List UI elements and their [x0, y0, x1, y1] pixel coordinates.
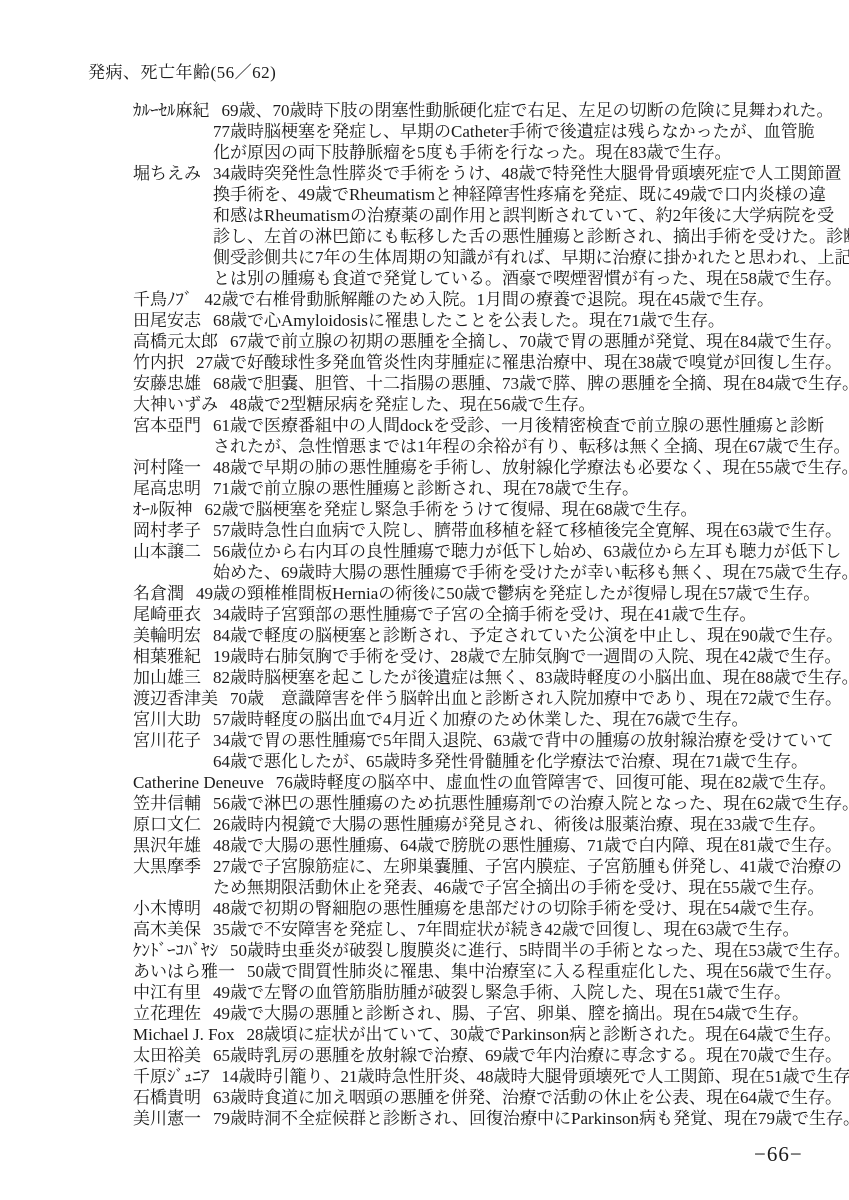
- document-page: { "page": { "header_title": "発病、死亡年齢(56／…: [0, 0, 849, 1200]
- entry-text: 27歳で子宮腺筋症に、左卵巣嚢腫、子宮内膜症、子宮筋腫も併発し、41歳で治療の: [213, 857, 842, 876]
- entry: 高橋元太郎67歳で前立腺の初期の悪腫を全摘し、70歳で胃の悪腫が発覚、現在84歳…: [133, 331, 839, 352]
- entry-line: 山本譲二56歳位から右内耳の良性腫瘍で聴力が低下し始め、63歳位から左耳も聴力が…: [133, 541, 839, 562]
- entry: ｵｰﾙ阪神62歳で脳梗塞を発症し緊急手術をうけて復帰、現在68歳で生存。: [133, 499, 839, 520]
- entry-name: 原口文仁: [133, 815, 201, 834]
- entry-name: 大神いずみ: [133, 395, 218, 414]
- entry-text: 69歳、70歳時下肢の閉塞性動脈硬化症で右足、左足の切断の危険に見舞われた。: [222, 101, 834, 120]
- entry-line: 宮本亞門61歳で医療番組中の人間dockを受診、一月後精密検査で前立腺の悪性腫瘍…: [133, 415, 839, 436]
- entry-text: 42歳で右椎骨動脈解離のため入院。1月間の療養で退院。現在45歳で生存。: [205, 290, 775, 309]
- entry-line: 高木美保35歳で不安障害を発症し、7年間症状が続き42歳で回復し、現在63歳で生…: [133, 919, 839, 940]
- entry-text: 76歳時軽度の脳卒中、虚血性の血管障害で、回復可能、現在82歳で生存。: [276, 773, 837, 792]
- entry-line: Catherine Deneuve76歳時軽度の脳卒中、虚血性の血管障害で、回復…: [133, 772, 839, 793]
- entry-text: 61歳で医療番組中の人間dockを受診、一月後精密検査で前立腺の悪性腫瘍と診断: [213, 416, 824, 435]
- entry-line: 立花理佐49歳で大腸の悪腫と診断され、腸、子宮、卵巣、膣を摘出。現在54歳で生存…: [133, 1003, 839, 1024]
- entry: 石橋貴明63歳時食道に加え咽頭の悪腫を併発、治療で活動の休止を公表、現在64歳で…: [133, 1087, 839, 1108]
- entry-name: 安藤忠雄: [133, 374, 201, 393]
- entry-line: ｹﾝﾄﾞｰｺﾊﾞﾔｼ50歳時虫垂炎が破裂し腹膜炎に進行、5時間半の手術となった、…: [133, 940, 839, 961]
- entry-line: 竹内択27歳で好酸球性多発血管炎性肉芽腫症に罹患治療中、現在38歳で嗅覚が回復し…: [133, 352, 839, 373]
- entry-line: 石橋貴明63歳時食道に加え咽頭の悪腫を併発、治療で活動の休止を公表、現在64歳で…: [133, 1087, 839, 1108]
- entry-text: 48歳で大腸の悪性腫瘍、64歳で膀胱の悪性腫瘍、71歳で白内障、現在81歳で生存…: [213, 836, 842, 855]
- entry: 尾崎亜衣34歳時子宮頸部の悪性腫瘍で子宮の全摘手術を受け、現在41歳で生存。: [133, 604, 839, 625]
- entry-text: 49歳で大腸の悪腫と診断され、腸、子宮、卵巣、膣を摘出。現在54歳で生存。: [213, 1004, 809, 1023]
- entry-line: 小木博明48歳で初期の腎細胞の悪性腫瘍を患部だけの切除手術を受け、現在54歳で生…: [133, 898, 839, 919]
- entry-line: 大神いずみ48歳で2型糖尿病を発症した、現在56歳で生存。: [133, 394, 839, 415]
- entry-line: 岡村孝子57歳時急性白血病で入院し、臍帯血移植を経て移植後完全寛解、現在63歳で…: [133, 520, 839, 541]
- entry-name: 美川憲一: [133, 1109, 201, 1128]
- entry-text: 65歳時乳房の悪腫を放射線で治療、69歳で年内治療に専念する。現在70歳で生存。: [213, 1046, 842, 1065]
- entry-name: 渡辺香津美: [133, 689, 218, 708]
- entry-text: 71歳で前立腺の悪性腫瘍と診断され、現在78歳で生存。: [213, 479, 639, 498]
- entry-line: されたが、急性憎悪までは1年程の余裕が有り、転移は無く全摘、現在67歳で生存。: [133, 436, 839, 457]
- entry-text: 62歳で脳梗塞を発症し緊急手術をうけて復帰、現在68歳で生存。: [205, 500, 698, 519]
- entry-line: 尾高忠明71歳で前立腺の悪性腫瘍と診断され、現在78歳で生存。: [133, 478, 839, 499]
- entry-name: 田尾安志: [133, 311, 201, 330]
- entry-name: 河村隆一: [133, 458, 201, 477]
- entry-line: 名倉潤49歳の頸椎椎間板Herniaの術後に50歳で鬱病を発症したが復帰し現在5…: [133, 583, 839, 604]
- entry-line: 田尾安志68歳で心Amyloidosisに罹患したことを公表した。現在71歳で生…: [133, 310, 839, 331]
- entry-line: 側受診側共に7年の生体周期の知識が有れば、早期に治療に掛かれたと思われ、上記: [133, 247, 839, 268]
- entry-name: 黒沢年雄: [133, 836, 201, 855]
- entry-text: 68歳で心Amyloidosisに罹患したことを公表した。現在71歳で生存。: [213, 311, 725, 330]
- entry-line: 始めた、69歳時大腸の悪性腫瘍で手術を受けたが幸い転移も無く、現在75歳で生存。: [133, 562, 839, 583]
- entry-name: 相葉雅紀: [133, 647, 201, 666]
- entry: 中江有里49歳で左腎の血管筋脂肪腫が破裂し緊急手術、入院した、現在51歳で生存。: [133, 982, 839, 1003]
- entry-name: 堀ちえみ: [133, 164, 201, 183]
- entry-line: 中江有里49歳で左腎の血管筋脂肪腫が破裂し緊急手術、入院した、現在51歳で生存。: [133, 982, 839, 1003]
- entry-name: 竹内択: [133, 353, 184, 372]
- entry-name: 加山雄三: [133, 668, 201, 687]
- entry: 立花理佐49歳で大腸の悪腫と診断され、腸、子宮、卵巣、膣を摘出。現在54歳で生存…: [133, 1003, 839, 1024]
- entry-line: 黒沢年雄48歳で大腸の悪性腫瘍、64歳で膀胱の悪性腫瘍、71歳で白内障、現在81…: [133, 835, 839, 856]
- entry-text: 48歳で早期の肺の悪性腫瘍を手術し、放射線化学療法も必要なく、現在55歳で生存。: [213, 458, 849, 477]
- entry-name: 千鳥ﾉﾌﾞ: [133, 290, 193, 309]
- entry-name: 美輪明宏: [133, 626, 201, 645]
- entry-line: 64歳で悪化したが、65歳時多発性骨髄腫を化学療法で治療、現在71歳で生存。: [133, 751, 839, 772]
- entry: 竹内択27歳で好酸球性多発血管炎性肉芽腫症に罹患治療中、現在38歳で嗅覚が回復し…: [133, 352, 839, 373]
- entry-name: 笠井信輔: [133, 794, 201, 813]
- entry-name: 尾高忠明: [133, 479, 201, 498]
- entry-text: 50歳時虫垂炎が破裂し腹膜炎に進行、5時間半の手術となった、現在53歳で生存。: [230, 941, 849, 960]
- entry-text: 34歳時子宮頸部の悪性腫瘍で子宮の全摘手術を受け、現在41歳で生存。: [213, 605, 756, 624]
- entry: 岡村孝子57歳時急性白血病で入院し、臍帯血移植を経て移植後完全寛解、現在63歳で…: [133, 520, 839, 541]
- entry-text: 14歳時引籠り、21歳時急性肝炎、48歳時大腿骨頭壊死で人工関節、現在51歳で生…: [222, 1067, 849, 1086]
- page-number: −66−: [754, 1142, 803, 1167]
- entry-line: 77歳時脳梗塞を発症し、早期のCatheter手術で後遺症は残らなかったが、血管…: [133, 121, 839, 142]
- entry-name: 中江有里: [133, 983, 201, 1002]
- entry-name: 名倉潤: [133, 584, 184, 603]
- entry-text: 56歳で淋巴の悪性腫瘍のため抗悪性腫瘍剤での治療入院となった、現在62歳で生存。: [213, 794, 849, 813]
- entry: 宮川大助57歳時軽度の脳出血で4月近く加療のため休業した、現在76歳で生存。: [133, 709, 839, 730]
- entry-line: 安藤忠雄68歳で胆嚢、胆管、十二指腸の悪腫、73歳で膵、脾の悪腫を全摘、現在84…: [133, 373, 839, 394]
- entry-text: 57歳時軽度の脳出血で4月近く加療のため休業した、現在76歳で生存。: [213, 710, 749, 729]
- entry-name: 宮川花子: [133, 731, 201, 750]
- entry-text: 49歳の頸椎椎間板Herniaの術後に50歳で鬱病を発症したが復帰し現在57歳で…: [196, 584, 820, 603]
- entry: 渡辺香津美70歳 意識障害を伴う脳幹出血と診断され入院加療中であり、現在72歳で…: [133, 688, 839, 709]
- entry-line: 換手術を、49歳でRheumatismと神経障害性疼痛を発症、既に49歳で口内炎…: [133, 184, 839, 205]
- entry-text: 50歳で間質性肺炎に罹患、集中治療室に入る程重症化した、現在56歳で生存。: [247, 962, 842, 981]
- entry-name: 岡村孝子: [133, 521, 201, 540]
- entry: 加山雄三82歳時脳梗塞を起こしたが後遺症は無く、83歳時軽度の小脳出血、現在88…: [133, 667, 839, 688]
- entry-name: 高橋元太郎: [133, 332, 218, 351]
- entry-text: 63歳時食道に加え咽頭の悪腫を併発、治療で活動の休止を公表、現在64歳で生存。: [213, 1088, 842, 1107]
- entry: Michael J. Fox28歳頃に症状が出ていて、30歳でParkinson…: [133, 1024, 839, 1045]
- entry-line: 太田裕美65歳時乳房の悪腫を放射線で治療、69歳で年内治療に専念する。現在70歳…: [133, 1045, 839, 1066]
- entry-line: ｶﾙｰｾﾙ麻紀69歳、70歳時下肢の閉塞性動脈硬化症で右足、左足の切断の危険に見…: [133, 100, 839, 121]
- entry: ｶﾙｰｾﾙ麻紀69歳、70歳時下肢の閉塞性動脈硬化症で右足、左足の切断の危険に見…: [133, 100, 839, 163]
- entry-line: 美川憲一79歳時洞不全症候群と診断され、回復治療中にParkinson病も発覚、…: [133, 1108, 839, 1129]
- entry-line: 笠井信輔56歳で淋巴の悪性腫瘍のため抗悪性腫瘍剤での治療入院となった、現在62歳…: [133, 793, 839, 814]
- entry-name: 太田裕美: [133, 1046, 201, 1065]
- entry-line: Michael J. Fox28歳頃に症状が出ていて、30歳でParkinson…: [133, 1024, 839, 1045]
- entry: 山本譲二56歳位から右内耳の良性腫瘍で聴力が低下し始め、63歳位から左耳も聴力が…: [133, 541, 839, 583]
- entry-line: 加山雄三82歳時脳梗塞を起こしたが後遺症は無く、83歳時軽度の小脳出血、現在88…: [133, 667, 839, 688]
- entry-text: 84歳で軽度の脳梗塞と診断され、予定されていた公演を中止し、現在90歳で生存。: [213, 626, 843, 645]
- entry-name: Catherine Deneuve: [133, 773, 264, 792]
- entry-text: 48歳で初期の腎細胞の悪性腫瘍を患部だけの切除手術を受け、現在54歳で生存。: [213, 899, 824, 918]
- entry-name: 千原ｼﾞｭﾆｱ: [133, 1067, 210, 1086]
- entry: 美輪明宏84歳で軽度の脳梗塞と診断され、予定されていた公演を中止し、現在90歳で…: [133, 625, 839, 646]
- entry-name: Michael J. Fox: [133, 1025, 235, 1044]
- entry: 大黒摩季27歳で子宮腺筋症に、左卵巣嚢腫、子宮内膜症、子宮筋腫も併発し、41歳で…: [133, 856, 839, 898]
- entry-line: 宮川大助57歳時軽度の脳出血で4月近く加療のため休業した、現在76歳で生存。: [133, 709, 839, 730]
- entry: 田尾安志68歳で心Amyloidosisに罹患したことを公表した。現在71歳で生…: [133, 310, 839, 331]
- entry-line: 千鳥ﾉﾌﾞ42歳で右椎骨動脈解離のため入院。1月間の療養で退院。現在45歳で生存…: [133, 289, 839, 310]
- entry-line: 和感はRheumatismの治療薬の副作用と誤判断されていて、約2年後に大学病院…: [133, 205, 839, 226]
- entry-text: 49歳で左腎の血管筋脂肪腫が破裂し緊急手術、入院した、現在51歳で生存。: [213, 983, 791, 1002]
- entry-line: 診し、左首の淋巴節にも転移した舌の悪性腫瘍と診断され、摘出手術を受けた。診断: [133, 226, 839, 247]
- entry-text: 27歳で好酸球性多発血管炎性肉芽腫症に罹患治療中、現在38歳で嗅覚が回復し生存。: [196, 353, 842, 372]
- entry: あいはら雅一50歳で間質性肺炎に罹患、集中治療室に入る程重症化した、現在56歳で…: [133, 961, 839, 982]
- entry: 相葉雅紀19歳時右肺気胸で手術を受け、28歳で左肺気胸で一週間の入院、現在42歳…: [133, 646, 839, 667]
- entry-line: 高橋元太郎67歳で前立腺の初期の悪腫を全摘し、70歳で胃の悪腫が発覚、現在84歳…: [133, 331, 839, 352]
- entry: 太田裕美65歳時乳房の悪腫を放射線で治療、69歳で年内治療に専念する。現在70歳…: [133, 1045, 839, 1066]
- entry-line: ｵｰﾙ阪神62歳で脳梗塞を発症し緊急手術をうけて復帰、現在68歳で生存。: [133, 499, 839, 520]
- entry-line: 尾崎亜衣34歳時子宮頸部の悪性腫瘍で子宮の全摘手術を受け、現在41歳で生存。: [133, 604, 839, 625]
- entry-line: 宮川花子34歳で胃の悪性腫瘍で5年間入退院、63歳で背中の腫瘍の放射線治療を受け…: [133, 730, 839, 751]
- entry-text: 79歳時洞不全症候群と診断され、回復治療中にParkinson病も発覚、現在79…: [213, 1109, 849, 1128]
- entry: 千鳥ﾉﾌﾞ42歳で右椎骨動脈解離のため入院。1月間の療養で退院。現在45歳で生存…: [133, 289, 839, 310]
- entry: 千原ｼﾞｭﾆｱ14歳時引籠り、21歳時急性肝炎、48歳時大腿骨頭壊死で人工関節、…: [133, 1066, 839, 1087]
- entry: 小木博明48歳で初期の腎細胞の悪性腫瘍を患部だけの切除手術を受け、現在54歳で生…: [133, 898, 839, 919]
- entry-line: とは別の腫瘍も食道で発覚している。酒豪で喫煙習慣が有った、現在58歳で生存。: [133, 268, 839, 289]
- entry-text: 82歳時脳梗塞を起こしたが後遺症は無く、83歳時軽度の小脳出血、現在88歳で生存…: [213, 668, 849, 687]
- entry: 高木美保35歳で不安障害を発症し、7年間症状が続き42歳で回復し、現在63歳で生…: [133, 919, 839, 940]
- entry-text: 34歳で胃の悪性腫瘍で5年間入退院、63歳で背中の腫瘍の放射線治療を受けていて: [213, 731, 834, 750]
- entry-line: 堀ちえみ34歳時突発性急性膵炎で手術をうけ、48歳で特発性大腿骨骨頭壊死症で人工…: [133, 163, 839, 184]
- entry-name: ｹﾝﾄﾞｰｺﾊﾞﾔｼ: [133, 941, 218, 960]
- page-title: 発病、死亡年齢(56／62): [88, 58, 276, 83]
- entry-name: 山本譲二: [133, 542, 201, 561]
- entry-text: 26歳時内視鏡で大腸の悪性腫瘍が発見され、術後は服薬治療、現在33歳で生存。: [213, 815, 826, 834]
- entry-line: 化が原因の両下肢静脈瘤を5度も手術を行なった。現在83歳で生存。: [133, 142, 839, 163]
- entry-line: 原口文仁26歳時内視鏡で大腸の悪性腫瘍が発見され、術後は服薬治療、現在33歳で生…: [133, 814, 839, 835]
- entry-text: 67歳で前立腺の初期の悪腫を全摘し、70歳で胃の悪腫が発覚、現在84歳で生存。: [230, 332, 842, 351]
- entry-name: 宮本亞門: [133, 416, 201, 435]
- entry-text: 35歳で不安障害を発症し、7年間症状が続き42歳で回復し、現在63歳で生存。: [213, 920, 800, 939]
- entry: 大神いずみ48歳で2型糖尿病を発症した、現在56歳で生存。: [133, 394, 839, 415]
- entry-line: ため無期限活動休止を発表、46歳で子宮全摘出の手術を受け、現在55歳で生存。: [133, 877, 839, 898]
- entries-list: ｶﾙｰｾﾙ麻紀69歳、70歳時下肢の閉塞性動脈硬化症で右足、左足の切断の危険に見…: [133, 100, 839, 1129]
- entry: 黒沢年雄48歳で大腸の悪性腫瘍、64歳で膀胱の悪性腫瘍、71歳で白内障、現在81…: [133, 835, 839, 856]
- entry-name: ｶﾙｰｾﾙ麻紀: [133, 101, 210, 120]
- entry-text: 56歳位から右内耳の良性腫瘍で聴力が低下し始め、63歳位から左耳も聴力が低下し: [213, 542, 841, 561]
- entry-name: 石橋貴明: [133, 1088, 201, 1107]
- entry-name: 宮川大助: [133, 710, 201, 729]
- entry-name: あいはら雅一: [133, 962, 235, 981]
- entry: 宮本亞門61歳で医療番組中の人間dockを受診、一月後精密検査で前立腺の悪性腫瘍…: [133, 415, 839, 457]
- entry-text: 57歳時急性白血病で入院し、臍帯血移植を経て移植後完全寛解、現在63歳で生存。: [213, 521, 842, 540]
- entry: 笠井信輔56歳で淋巴の悪性腫瘍のため抗悪性腫瘍剤での治療入院となった、現在62歳…: [133, 793, 839, 814]
- entry: 尾高忠明71歳で前立腺の悪性腫瘍と診断され、現在78歳で生存。: [133, 478, 839, 499]
- entry-text: 34歳時突発性急性膵炎で手術をうけ、48歳で特発性大腿骨骨頭壊死症で人工関節置: [213, 164, 841, 183]
- entry-text: 19歳時右肺気胸で手術を受け、28歳で左肺気胸で一週間の入院、現在42歳で生存。: [213, 647, 841, 666]
- entry-name: 立花理佐: [133, 1004, 201, 1023]
- entry: Catherine Deneuve76歳時軽度の脳卒中、虚血性の血管障害で、回復…: [133, 772, 839, 793]
- entry: 安藤忠雄68歳で胆嚢、胆管、十二指腸の悪腫、73歳で膵、脾の悪腫を全摘、現在84…: [133, 373, 839, 394]
- entry-line: 千原ｼﾞｭﾆｱ14歳時引籠り、21歳時急性肝炎、48歳時大腿骨頭壊死で人工関節、…: [133, 1066, 839, 1087]
- entry-name: 大黒摩季: [133, 857, 201, 876]
- entry-text: 68歳で胆嚢、胆管、十二指腸の悪腫、73歳で膵、脾の悪腫を全摘、現在84歳で生存…: [213, 374, 849, 393]
- entry-text: 70歳 意識障害を伴う脳幹出血と診断され入院加療中であり、現在72歳で生存。: [230, 689, 842, 708]
- entry-text: 28歳頃に症状が出ていて、30歳でParkinson病と診断された。現在64歳で…: [247, 1025, 842, 1044]
- entry: 宮川花子34歳で胃の悪性腫瘍で5年間入退院、63歳で背中の腫瘍の放射線治療を受け…: [133, 730, 839, 772]
- entry-line: 渡辺香津美70歳 意識障害を伴う脳幹出血と診断され入院加療中であり、現在72歳で…: [133, 688, 839, 709]
- entry-name: 高木美保: [133, 920, 201, 939]
- entry-line: あいはら雅一50歳で間質性肺炎に罹患、集中治療室に入る程重症化した、現在56歳で…: [133, 961, 839, 982]
- entry-line: 相葉雅紀19歳時右肺気胸で手術を受け、28歳で左肺気胸で一週間の入院、現在42歳…: [133, 646, 839, 667]
- entry-text: 48歳で2型糖尿病を発症した、現在56歳で生存。: [230, 395, 596, 414]
- entry: 河村隆一48歳で早期の肺の悪性腫瘍を手術し、放射線化学療法も必要なく、現在55歳…: [133, 457, 839, 478]
- entry-line: 大黒摩季27歳で子宮腺筋症に、左卵巣嚢腫、子宮内膜症、子宮筋腫も併発し、41歳で…: [133, 856, 839, 877]
- entry-line: 河村隆一48歳で早期の肺の悪性腫瘍を手術し、放射線化学療法も必要なく、現在55歳…: [133, 457, 839, 478]
- entry-line: 美輪明宏84歳で軽度の脳梗塞と診断され、予定されていた公演を中止し、現在90歳で…: [133, 625, 839, 646]
- entry-name: 尾崎亜衣: [133, 605, 201, 624]
- entry: 美川憲一79歳時洞不全症候群と診断され、回復治療中にParkinson病も発覚、…: [133, 1108, 839, 1129]
- entry: 堀ちえみ34歳時突発性急性膵炎で手術をうけ、48歳で特発性大腿骨骨頭壊死症で人工…: [133, 163, 839, 289]
- entry: ｹﾝﾄﾞｰｺﾊﾞﾔｼ50歳時虫垂炎が破裂し腹膜炎に進行、5時間半の手術となった、…: [133, 940, 839, 961]
- entry: 名倉潤49歳の頸椎椎間板Herniaの術後に50歳で鬱病を発症したが復帰し現在5…: [133, 583, 839, 604]
- entry: 原口文仁26歳時内視鏡で大腸の悪性腫瘍が発見され、術後は服薬治療、現在33歳で生…: [133, 814, 839, 835]
- entry-name: ｵｰﾙ阪神: [133, 500, 193, 519]
- entry-name: 小木博明: [133, 899, 201, 918]
